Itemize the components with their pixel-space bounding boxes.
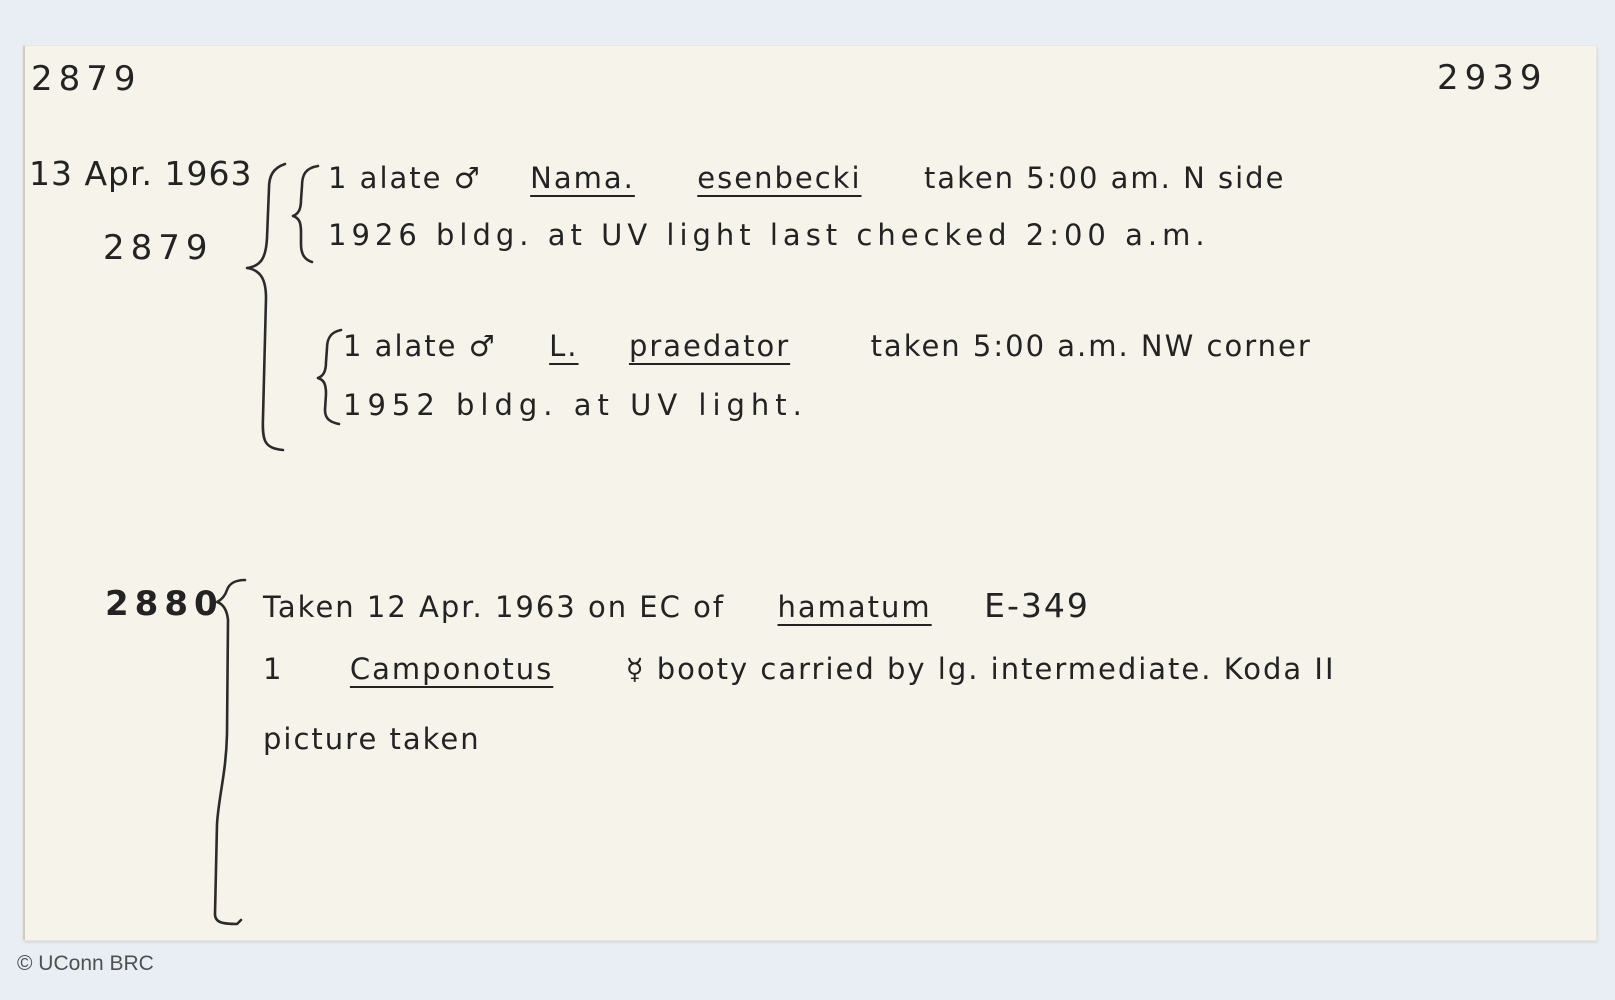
group2-prefix: 1 alate ♂ [343, 329, 497, 363]
species-hamatum: hamatum [778, 590, 932, 624]
entry2880-line3: picture taken [263, 722, 481, 756]
entry-number-2879: 2879 [103, 228, 214, 268]
group1-line2: 1926 bldg. at UV light last checked 2:00… [328, 218, 1210, 252]
species-praedator: praedator [629, 329, 790, 363]
group2-line2: 1952 bldg. at UV light. [343, 388, 808, 422]
group2-line1: 1 alate ♂ L. praedator taken 5:00 a.m. N… [343, 329, 1312, 363]
colony-code: E-349 [984, 586, 1090, 625]
index-card: 2879 2939 13 Apr. 1963 2879 1 alate ♂ Na… [23, 46, 1596, 940]
entry2880-line1: Taken 12 Apr. 1963 on EC of hamatum E-34… [263, 586, 1090, 625]
large-brace-icon [201, 574, 261, 934]
species-esenbecki: esenbecki [697, 161, 861, 195]
large-brace-icon [233, 158, 293, 458]
corner-number-right: 2939 [1437, 58, 1548, 98]
corner-number-left: 2879 [31, 59, 142, 99]
small-brace-icon [288, 160, 328, 270]
copyright-credit: © UConn BRC [17, 952, 154, 976]
entry2880-line2: 1 Camponotus ☿ booty carried by lg. inte… [263, 652, 1336, 686]
genus-camponotus: Camponotus [350, 652, 553, 686]
entry2880-prefix: Taken 12 Apr. 1963 on EC of [263, 590, 725, 624]
entry-date: 13 Apr. 1963 [29, 154, 253, 193]
group2-suffix: taken 5:00 a.m. NW corner [871, 329, 1312, 363]
genus-nama: Nama. [530, 161, 635, 195]
count: 1 [263, 652, 283, 686]
entry2880-line2-suffix: ☿ booty carried by lg. intermediate. Kod… [626, 652, 1336, 686]
group1-line1: 1 alate ♂ Nama. esenbecki taken 5:00 am.… [328, 161, 1285, 195]
group1-prefix: 1 alate ♂ [328, 161, 482, 195]
genus-l: L. [549, 329, 578, 363]
group1-suffix: taken 5:00 am. N side [924, 161, 1285, 195]
